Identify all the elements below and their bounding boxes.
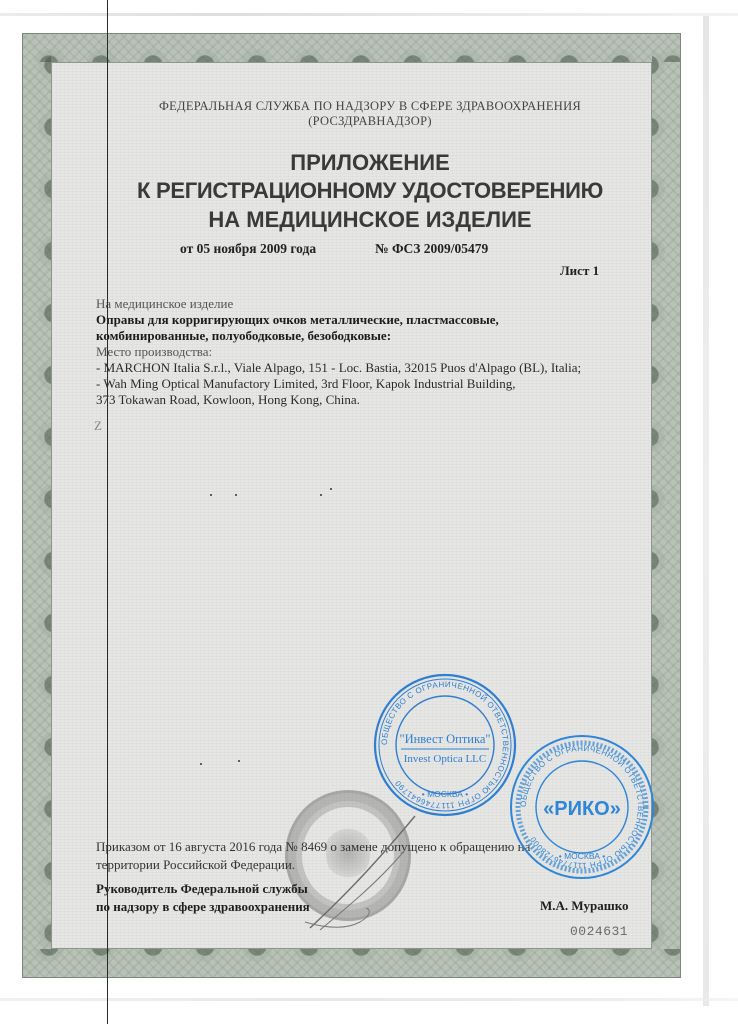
serial-number: 0024631 (570, 924, 628, 939)
riko-stamp: ОБЩЕСТВО С ОГРАНИЧЕННОЙ ОТВЕТСТВЕННОСТЬЮ… (508, 733, 656, 881)
manufacturing-site-2-line1: - Wah Ming Optical Manufactory Limited, … (96, 376, 656, 392)
product-name-line2: комбинированные, полуободковые, безободк… (96, 328, 656, 344)
registration-date: от 05 ноября 2009 года (180, 241, 316, 257)
stamp-name-en: Invest Optica LLC (404, 753, 486, 765)
stamp-name-ru: "Инвест Оптика" (399, 732, 490, 746)
manufacturing-site-1: - MARCHON Italia S.r.l., Viale Alpago, 1… (96, 360, 656, 376)
agency-name: ФЕДЕРАЛЬНАЯ СЛУЖБА ПО НАДЗОРУ В СФЕРЕ ЗД… (80, 99, 660, 114)
speck (200, 763, 202, 765)
document-subtitle-2: НА МЕДИЦИНСКОЕ ИЗДЕЛИЕ (100, 207, 640, 233)
document-subtitle: К РЕГИСТРАЦИОННОМУ УДОСТОВЕРЕНИЮ (100, 178, 640, 204)
device-description: На медицинское изделие Оправы для корриг… (96, 296, 656, 408)
stamp-city: • МОСКВА • (422, 789, 469, 799)
speck (320, 494, 322, 496)
manufacturing-label: Место производства: (96, 344, 656, 360)
sheet-number: Лист 1 (560, 263, 599, 279)
invest-optica-stamp: ОБЩЕСТВО С ОГРАНИЧЕННОЙ ОТВЕТСТВЕННОСТЬЮ… (371, 671, 519, 819)
product-name-line1: Оправы для корригирующих очков металличе… (96, 312, 656, 328)
scan-vertical-line (107, 0, 108, 1024)
manufacturing-site-2-line2: 373 Tokawan Road, Kowloon, Hong Kong, Ch… (96, 392, 656, 408)
stamp-name: «РИКО» (543, 798, 621, 820)
signatory-name: М.А. Мурашко (540, 898, 629, 914)
margin-mark: Z (94, 418, 102, 434)
agency-abbreviation: (РОСЗДРАВНАДЗОР) (80, 114, 660, 129)
speck (238, 760, 240, 762)
speck (330, 488, 332, 490)
intro-text: На медицинское изделие (96, 296, 656, 312)
stamp-city: • МОСКВА • (559, 851, 606, 861)
registration-number: № ФСЗ 2009/05479 (375, 241, 488, 257)
signature (300, 810, 430, 945)
speck (235, 494, 237, 496)
speck (210, 494, 212, 496)
document-title: ПРИЛОЖЕНИЕ (100, 150, 640, 176)
